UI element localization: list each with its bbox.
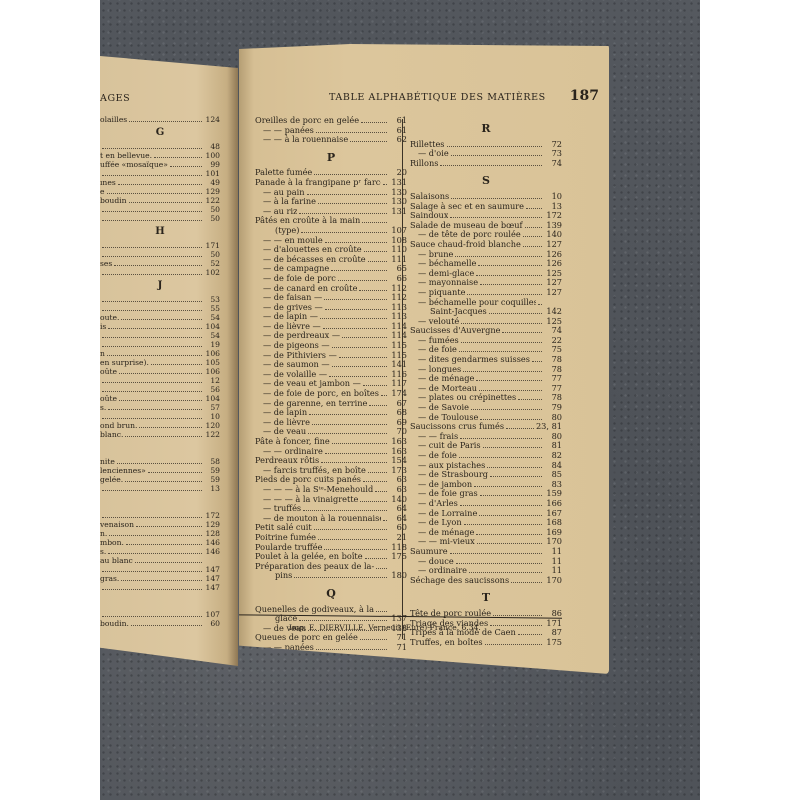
entry-page: 54 (204, 331, 220, 340)
entry-label: — de Lyon (410, 518, 462, 528)
index-entry: — de tête de porc roulée140 (410, 230, 562, 240)
index-column-left: Oreilles de porc en gelée61— — panées61—… (255, 116, 407, 652)
dot-leader (464, 524, 542, 525)
dot-leader (102, 346, 202, 347)
entry-label: — au riz (255, 207, 297, 217)
right-sections: RRillettes72— d'oie73Rillons74SSalaisons… (410, 124, 562, 647)
entry-label: — de foie (410, 345, 457, 355)
dot-leader (518, 399, 542, 400)
entry-label: Salaisons (410, 192, 449, 202)
dot-leader (490, 625, 542, 626)
index-entry: — de ménage77 (410, 374, 562, 384)
dot-leader (102, 382, 202, 383)
dot-leader (447, 146, 543, 147)
dot-leader (114, 265, 202, 266)
index-entry: lenciennes»59 (100, 466, 220, 475)
entry-label: Queues de porc en gelée (255, 633, 358, 643)
entry-page: 172 (204, 511, 220, 520)
entry-label: n (100, 349, 105, 358)
dot-leader (483, 447, 542, 448)
index-entry: Pieds de porc cuits panés63 (255, 475, 407, 485)
dot-leader (136, 526, 202, 527)
entry-page: 10 (204, 412, 220, 421)
dot-leader (375, 491, 387, 492)
index-entry: — — à la rouennaise62 (255, 135, 407, 145)
entry-label: Préparation des peaux de la- (255, 562, 374, 572)
entry-page: 106 (204, 349, 220, 358)
entry-page: 175 (544, 638, 562, 648)
entry-page: 147 (204, 583, 220, 592)
entry-label: Pieds de porc cuits panés (255, 475, 361, 485)
index-entry: — de faisan —112 (255, 293, 407, 303)
index-entry: Poitrine fumée21 (255, 533, 407, 543)
entry-label: — de foie de porc, en boîtes (255, 389, 379, 399)
dot-leader (121, 580, 202, 581)
dot-leader (301, 232, 387, 233)
dot-leader (119, 373, 202, 374)
index-entry: — de perdreaux —114 (255, 331, 407, 341)
entry-page: 74 (544, 159, 562, 169)
index-entry: — d'alouettes en croûte110 (255, 245, 407, 255)
dot-leader (109, 535, 202, 536)
entry-page: 120 (204, 421, 220, 430)
section-letter: S (410, 176, 562, 186)
entry-label: — — mi-vieux (410, 537, 475, 547)
index-entry: 107 (100, 610, 220, 619)
left-page-header: AGES (100, 94, 220, 103)
dot-leader (476, 380, 542, 381)
index-entry: — douce11 (410, 557, 562, 567)
entry-label: pins (255, 571, 292, 581)
section-letter: H (100, 227, 220, 237)
index-entry: ond brun.120 (100, 421, 220, 430)
entry-label: Saumure (410, 547, 448, 557)
entry-page: 54 (204, 313, 220, 322)
entry-label: — cuit de Paris (410, 441, 481, 451)
dot-leader (107, 355, 202, 356)
index-entry: — demi-glace125 (410, 269, 562, 279)
entry-page: 49 (204, 178, 220, 187)
dot-leader (323, 328, 387, 329)
index-entry: Saucissons crus fumés23, 81 (410, 422, 562, 432)
entry-page: 50 (204, 214, 220, 223)
dot-leader (102, 571, 202, 572)
dot-leader (308, 433, 387, 434)
entry-label: — — — à la vinaigrette (255, 495, 358, 505)
entry-label: (type) (255, 226, 299, 236)
entry-label: — douce (410, 557, 454, 567)
index-entry: — de bécasses en croûte111 (255, 255, 407, 265)
entry-page: 180 (389, 571, 407, 581)
entry-page: 170 (544, 576, 562, 586)
entry-label: Séchage des saucissons (410, 576, 509, 586)
index-entry: 48 (100, 142, 220, 151)
dot-leader (129, 202, 202, 203)
entry-label: Palette fumée (255, 168, 312, 178)
entry-label: — ordinaire (410, 566, 467, 576)
index-entry: — de Savoie79 (410, 403, 562, 413)
entry-label: — aux pistaches (410, 461, 485, 471)
entry-label: nite (100, 457, 115, 466)
entry-label: Saucissons crus fumés (410, 422, 504, 432)
index-entry: 12 (100, 376, 220, 385)
dot-leader (118, 184, 202, 185)
entry-label: Petit salé cuit (255, 523, 312, 533)
dot-leader (360, 501, 387, 502)
entry-label: — de canard en croûte (255, 284, 357, 294)
index-entry: — truffés64 (255, 504, 407, 514)
dot-leader (332, 366, 387, 367)
index-entry: — — frais80 (410, 432, 562, 442)
index-entry: — mayonnaise127 (410, 278, 562, 288)
index-entry: Rillons74 (410, 159, 562, 169)
index-entry: Truffes, en boîtes175 (410, 638, 562, 648)
index-entry: — plates ou crépinettes78 (410, 393, 562, 403)
dot-leader (474, 486, 542, 487)
entry-label: uffée «mosaïque» (100, 160, 168, 169)
dot-leader (121, 319, 202, 320)
dot-leader (369, 405, 387, 406)
entry-page: 57 (204, 403, 220, 412)
index-entry: — de veau70 (255, 427, 407, 437)
entry-label: Saindoux (410, 211, 448, 221)
index-entry: — — mi-vieux170 (410, 537, 562, 547)
entry-label: — de foie (410, 451, 457, 461)
index-entry: Sauce chaud-froid blanche127 (410, 240, 562, 250)
dot-leader (532, 361, 542, 362)
dot-leader (342, 337, 387, 338)
index-entry: t en bellevue.100 (100, 151, 220, 160)
entry-label: — demi-glace (410, 269, 474, 279)
entry-label: gelée. (100, 475, 123, 484)
page-number: 187 (570, 92, 599, 102)
dot-leader (303, 510, 387, 511)
index-entry: — de pigeons —115 (255, 341, 407, 351)
entry-label: — de lièvre — (255, 322, 321, 332)
entry-label: — de Lorraine (410, 509, 477, 519)
index-entry: 55 (100, 304, 220, 313)
entry-label: — de foie de porc (255, 274, 336, 284)
entry-label: en surprise). (100, 358, 149, 367)
index-entry: Poularde truffée118 (255, 543, 407, 553)
entry-page: 53 (204, 295, 220, 304)
entry-label: Pâte à foncer, fine (255, 437, 330, 447)
dot-leader (451, 155, 542, 156)
index-entry: Saumure11 (410, 547, 562, 557)
entry-page: 129 (204, 187, 220, 196)
index-entry: — de Morteau77 (410, 384, 562, 394)
index-entry: Oreilles de porc en gelée61 (255, 116, 407, 126)
dot-leader (102, 310, 202, 311)
entry-label: — — — à la Sᵗᵉ-Menehould (255, 485, 373, 495)
entry-label: — de Morteau (410, 384, 477, 394)
entry-label: — de saumon — (255, 360, 330, 370)
dot-leader (368, 261, 387, 262)
dot-leader (126, 544, 202, 545)
index-entry: Poulet à la gelée, en boîte175 (255, 552, 407, 562)
entry-page: 100 (204, 151, 220, 160)
dot-leader (329, 376, 387, 377)
entry-page: 101 (204, 169, 220, 178)
index-entry: — de foie de porc, en boîtes174 (255, 389, 407, 399)
entry-label: — de Toulouse (410, 413, 478, 423)
section-letter: P (255, 153, 407, 163)
index-entry: — de foie de porc66 (255, 274, 407, 284)
entry-label: venaison (100, 520, 134, 529)
dot-leader (102, 175, 202, 176)
dot-leader (478, 265, 542, 266)
index-entry: oute.54 (100, 313, 220, 322)
dot-leader (363, 481, 387, 482)
section-letter: Q (255, 589, 407, 599)
dot-leader (312, 424, 387, 425)
dot-leader (314, 174, 387, 175)
entry-page: 59 (204, 475, 220, 484)
section-letter: T (410, 593, 562, 603)
left-page: AGES olailles124 G48t en bellevue.100uff… (100, 56, 238, 666)
index-entry: oûte106 (100, 367, 220, 376)
entry-label: oute. (100, 313, 119, 322)
dot-leader (364, 251, 387, 252)
entry-label: — de pigeons — (255, 341, 330, 351)
entry-page: 58 (204, 457, 220, 466)
entry-label: ond brun. (100, 421, 137, 430)
index-entry: 50 (100, 250, 220, 259)
entry-label: Oreilles de porc en gelée (255, 116, 359, 126)
entry-page: 104 (204, 322, 220, 331)
index-entry: — de foie gras159 (410, 489, 562, 499)
dot-leader (294, 577, 387, 578)
index-entry: — de lièvre —114 (255, 322, 407, 332)
index-entry: — de lapin —113 (255, 312, 407, 322)
entry-label: gras. (100, 574, 119, 583)
dot-leader (469, 572, 542, 573)
section-letter: R (410, 124, 562, 134)
index-entry: mbon.146 (100, 538, 220, 547)
dot-leader (338, 280, 387, 281)
index-entry: — béchamelle pour coquilles (410, 298, 562, 308)
dot-leader (487, 467, 542, 468)
entry-label: blanc. (100, 430, 123, 439)
entry-label: — de Strasbourg (410, 470, 488, 480)
entry-label: Sauce chaud-froid blanche (410, 240, 521, 250)
entry-page: 52 (204, 259, 220, 268)
entry-label: — velouté (410, 317, 459, 327)
index-entry: — longues78 (410, 365, 562, 375)
index-entry: — au pain130 (255, 188, 407, 198)
index-entry: (type)107 (255, 226, 407, 236)
dot-leader (102, 247, 202, 248)
entry-page: 60 (204, 619, 220, 628)
entry-label: — de ménage (410, 528, 474, 538)
section-letter (100, 443, 220, 453)
index-entry: 147 (100, 583, 220, 592)
dot-leader (493, 615, 542, 616)
dot-leader (383, 520, 387, 521)
dot-leader (360, 639, 387, 640)
dot-leader (440, 165, 542, 166)
entry-label: — truffés (255, 504, 301, 514)
dot-leader (506, 428, 534, 429)
index-entry: — de campagne65 (255, 264, 407, 274)
entry-label: boudin (100, 196, 127, 205)
dot-leader (102, 490, 202, 491)
entry-label: — d'Arles (410, 499, 458, 509)
entry-label: — de volaille — (255, 370, 327, 380)
dot-leader (325, 242, 387, 243)
entry-label: — mayonnaise (410, 278, 478, 288)
dot-leader (102, 391, 202, 392)
index-entry: nite58 (100, 457, 220, 466)
index-entry: Pâtés en croûte à la main (255, 216, 407, 226)
index-entry: Saindoux172 (410, 211, 562, 221)
index-entry: — — — à la vinaigrette140 (255, 495, 407, 505)
entry-label: e (100, 187, 105, 196)
index-entry: Salaisons10 (410, 192, 562, 202)
dot-leader (459, 457, 542, 458)
entry-page: 56 (204, 385, 220, 394)
entry-label: — de veau et jambon — (255, 379, 361, 389)
index-entry: n.128 (100, 529, 220, 538)
entry-label: — — ordinaire (255, 447, 323, 457)
dot-leader (479, 390, 542, 391)
dot-leader (365, 558, 387, 559)
index-entry: blanc.122 (100, 430, 220, 439)
left-top-entry: olailles124 (100, 115, 220, 124)
dot-leader (339, 357, 387, 358)
index-entry: Quenelles de godiveaux, à la (255, 605, 407, 615)
index-entry: — ordinaire11 (410, 566, 562, 576)
dot-leader (108, 553, 202, 554)
index-entry: — de veau et jambon —117 (255, 379, 407, 389)
index-entry: — fumées22 (410, 336, 562, 346)
entry-label: lenciennes» (100, 466, 146, 475)
index-entry: — — panées71 (255, 643, 407, 653)
entry-label: is (100, 322, 106, 331)
dot-leader (125, 481, 202, 482)
dot-leader (523, 246, 542, 247)
dot-leader (102, 418, 202, 419)
entry-label: — de lapin — (255, 312, 318, 322)
entry-label: — dites gendarmes suisses (410, 355, 530, 365)
index-entry: s.146 (100, 547, 220, 556)
dot-leader (450, 217, 542, 218)
entry-label: — de grives — (255, 303, 323, 313)
index-entry: Petit salé cuit60 (255, 523, 407, 533)
dot-leader (455, 256, 542, 257)
dot-leader (526, 208, 542, 209)
entry-label: s. (100, 403, 106, 412)
dot-leader (102, 517, 202, 518)
dot-leader (299, 213, 387, 214)
index-column-right: RRillettes72— d'oie73Rillons74SSalaisons… (410, 116, 562, 647)
dot-leader (476, 275, 542, 276)
dot-leader (318, 203, 387, 204)
index-entry: — de grives —113 (255, 303, 407, 313)
index-entry: Pâte à foncer, fine163 (255, 437, 407, 447)
dot-leader (107, 193, 203, 194)
page-header: TABLE ALPHABÉTIQUE DES MATIÈRES 187 (289, 92, 599, 103)
section-letter: J (100, 281, 220, 291)
entry-label: — de perdreaux — (255, 331, 340, 341)
entry-label: — de faisan — (255, 293, 322, 303)
entry-page: 55 (204, 304, 220, 313)
entry-label: — longues (410, 365, 461, 375)
dot-leader (460, 505, 542, 506)
index-entry: is104 (100, 322, 220, 331)
index-entry: n106 (100, 349, 220, 358)
entry-label: — de garenne, en terrine (255, 399, 367, 409)
entry-page: 104 (204, 394, 220, 403)
index-entry: — de Strasbourg85 (410, 470, 562, 480)
dot-leader (480, 495, 542, 496)
index-entry: Queues de porc en gelée71 (255, 633, 407, 643)
dot-leader (314, 529, 387, 530)
dot-leader (102, 337, 202, 338)
dot-leader (479, 515, 542, 516)
index-entry: ses52 (100, 259, 220, 268)
dot-leader (363, 385, 387, 386)
column-divider (402, 119, 403, 639)
index-entry: — de canard en croûte112 (255, 284, 407, 294)
entry-label: — de bécasses en croûte (255, 255, 366, 265)
index-entry: 172 (100, 511, 220, 520)
entry-label: Salade de museau de bœuf (410, 221, 523, 231)
entry-label: — béchamelle (410, 259, 476, 269)
dot-leader (471, 409, 542, 410)
entry-page: 122 (204, 196, 220, 205)
entry-label: Quenelles de godiveaux, à la (255, 605, 374, 615)
entry-page: 48 (204, 142, 220, 151)
dot-leader (316, 649, 387, 650)
entry-label: Pâtés en croûte à la main (255, 216, 360, 226)
index-entry: — de mouton à la rouennaise64 (255, 514, 407, 524)
index-entry: — de lièvre69 (255, 418, 407, 428)
index-entry: pins180 (255, 571, 407, 581)
index-entry: boudin122 (100, 196, 220, 205)
entry-label: n. (100, 529, 107, 538)
dot-leader (324, 299, 387, 300)
entry-label: — de foie gras (410, 489, 478, 499)
index-entry: — de saumon —141 (255, 360, 407, 370)
index-entry: — de lapin68 (255, 408, 407, 418)
dot-leader (361, 122, 387, 123)
entry-label: — de ménage (410, 374, 474, 384)
index-entry: — au riz131 (255, 207, 407, 217)
index-entry: boudin.60 (100, 619, 220, 628)
printer-imprint: Imp. E. DIERVILLE. Verneuil (Eure) Franc… (289, 623, 481, 633)
index-entry: Perdreaux rôtis154 (255, 456, 407, 466)
entry-page: 175 (389, 552, 407, 562)
page-title: TABLE ALPHABÉTIQUE DES MATIÈRES (329, 93, 546, 103)
dot-leader (502, 332, 542, 333)
index-entry: — — ordinaire163 (255, 447, 407, 457)
entry-label: — d'oie (410, 149, 449, 159)
entry-label: — béchamelle pour coquilles (410, 298, 536, 308)
entry-label: — de lapin (255, 408, 307, 418)
index-entry: 54 (100, 331, 220, 340)
index-entry: — d'oie73 (410, 149, 562, 159)
entry-page: 62 (389, 135, 407, 145)
index-entry: — de Lorraine167 (410, 509, 562, 519)
entry-label: Saucisses d'Auvergne (410, 326, 500, 336)
index-entry: — aux pistaches84 (410, 461, 562, 471)
dot-leader (321, 462, 387, 463)
index-entry: Saint-Jacques142 (410, 307, 562, 317)
dot-leader (490, 476, 542, 477)
index-entry: — de foie75 (410, 345, 562, 355)
index-entry: — de garenne, en terrine67 (255, 399, 407, 409)
